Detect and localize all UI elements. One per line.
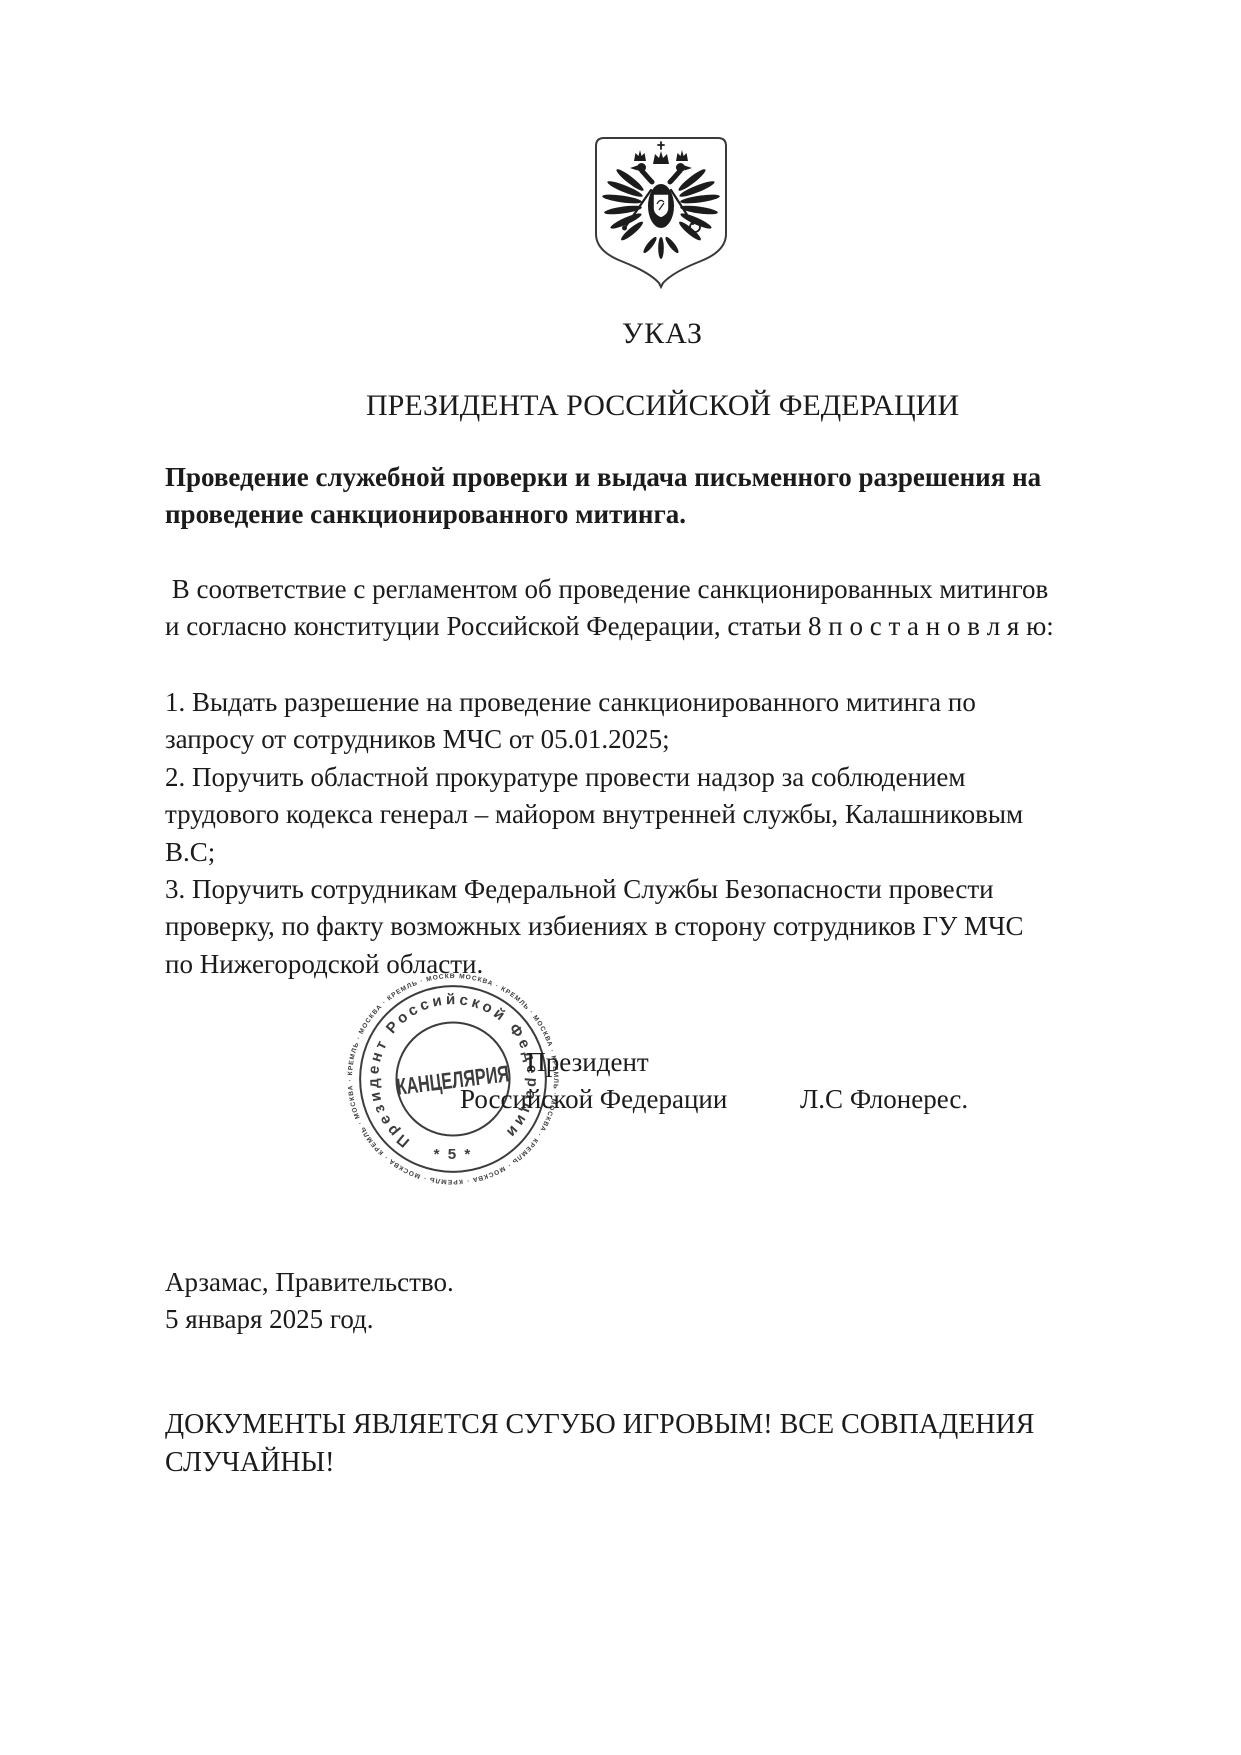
subject-heading: Проведение служебной проверки и выдача п…: [165, 459, 1155, 534]
date-line: 5 января 2025 год.: [165, 1301, 454, 1338]
signature-title-line: Российской Федерации: [460, 1081, 715, 1118]
preamble: В соответствие с регламентом об проведен…: [165, 571, 1155, 646]
document-title: УКАЗ: [165, 318, 1160, 350]
preamble-line: В соответствие с регламентом об проведен…: [165, 571, 1155, 608]
place-date-block: Арзамас, Правительство. 5 января 2025 го…: [165, 1264, 454, 1339]
subject-heading-line: Проведение служебной проверки и выдача п…: [165, 459, 1155, 496]
stamp-number-text: * 5 *: [434, 1146, 473, 1163]
preamble-line: и согласно конституции Российской Федера…: [165, 608, 1155, 645]
decree-items: 1. Выдать разрешение на проведение санкц…: [165, 684, 1155, 983]
decree-item-line: В.С;: [165, 834, 1155, 871]
decree-item-line: 2. Поручить областной прокуратуре провес…: [165, 759, 1155, 796]
disclaimer: ДОКУМЕНТЫ ЯВЛЯЕТСЯ СУГУБО ИГРОВЫМ! ВСЕ С…: [165, 1406, 1145, 1482]
disclaimer-line: ДОКУМЕНТЫ ЯВЛЯЕТСЯ СУГУБО ИГРОВЫМ! ВСЕ С…: [165, 1406, 1145, 1444]
decree-item-line: трудового кодекса генерал – майором внут…: [165, 796, 1155, 833]
coat-of-arms-icon: [590, 134, 732, 290]
signature-name: Л.С Флонерес.: [800, 1081, 968, 1118]
document-issuer: ПРЕЗИДЕНТА РОССИЙСКОЙ ФЕДЕРАЦИИ: [165, 390, 1160, 422]
decree-item-line: по Нижегородской области.: [165, 946, 1155, 983]
signature-title-line: Президент: [460, 1044, 715, 1081]
signature-title: Президент Российской Федерации: [460, 1044, 715, 1119]
decree-item-line: запросу от сотрудников МЧС от 05.01.2025…: [165, 721, 1155, 758]
decree-item-line: проверку, по факту возможных избиениях в…: [165, 908, 1155, 945]
decree-document-page: УКАЗ ПРЕЗИДЕНТА РОССИЙСКОЙ ФЕДЕРАЦИИ Про…: [0, 0, 1241, 1755]
decree-item-line: 1. Выдать разрешение на проведение санкц…: [165, 684, 1155, 721]
decree-item-line: 3. Поручить сотрудникам Федеральной Служ…: [165, 871, 1155, 908]
disclaimer-line: СЛУЧАЙНЫ!: [165, 1444, 1145, 1482]
place-line: Арзамас, Правительство.: [165, 1264, 454, 1301]
subject-heading-line: проведение санкционированного митинга.: [165, 496, 1155, 533]
